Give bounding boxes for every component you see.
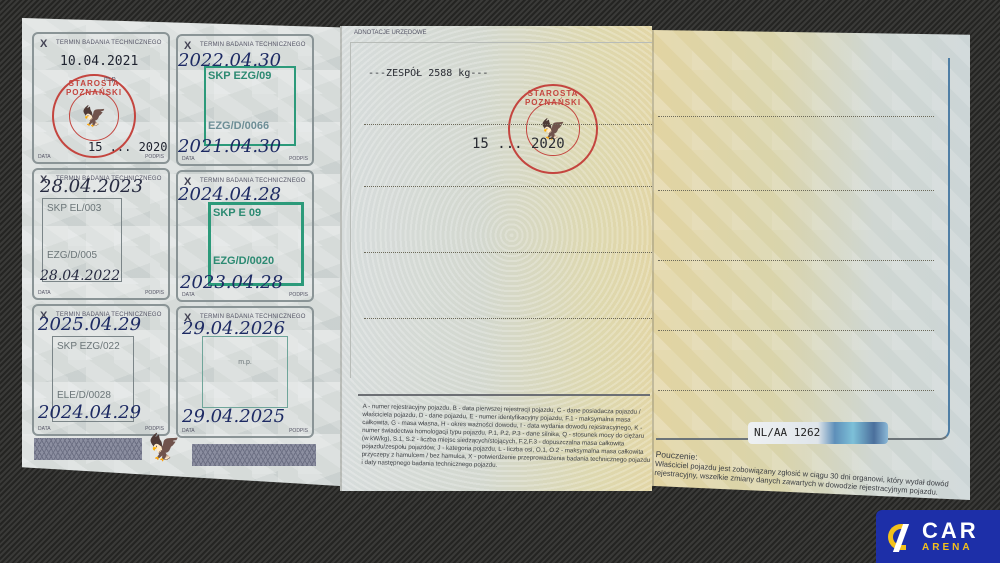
date-label: DATA [182,428,195,434]
inspection-box-1: X TERMIN BADANIA TECHNICZNEGO 10.04.2021… [32,32,170,164]
brand-name-top: CAR [922,520,979,542]
dotted-line [364,318,654,319]
dotted-line [658,390,934,391]
car-arena-logo-icon [888,522,914,552]
x-mark: X [40,38,47,50]
starosta-seal: STAROSTA POZNAŃSKI 🦅 [508,84,598,174]
eagle-icon: 🦅 [69,91,119,141]
issued-handwritten: 2023.04.28 [180,272,283,293]
fold-line [340,26,342,491]
car-arena-watermark: CAR ARENA [876,510,1000,563]
left-page-inspections: X TERMIN BADANIA TECHNICZNEGO 10.04.2021… [22,18,340,486]
dotted-line [658,116,934,117]
polish-eagle-icon: 🦅 [148,432,180,463]
hologram-serial-sticker: NL/AA 1262 [748,422,888,444]
dotted-line [658,330,934,331]
date-label: DATA [182,292,195,298]
registration-document: X TERMIN BADANIA TECHNICZNEGO 10.04.2021… [22,18,972,488]
date-label: DATA [38,290,51,296]
inspection-box-2: X TERMIN BADANIA TECHNICZNEGO SKP EZG/09… [176,34,314,166]
issued-handwritten: 2024.04.29 [38,402,141,423]
next-due-handwritten: 2025.04.29 [38,314,141,335]
inspection-label: TERMIN BADANIA TECHNICZNEGO [200,42,306,48]
date-label: DATA [182,156,195,162]
notice: Pouczenie: Właściciel pojazdu jest zobow… [654,450,955,498]
dotted-line [658,190,934,191]
signature-label: PODPIS [289,292,308,298]
legend-divider [358,394,650,396]
next-due-handwritten: 2022.04.30 [178,50,281,71]
dotted-line [658,260,934,261]
issued-handwritten: 2021.04.30 [178,136,281,157]
next-due-handwritten: 29.04.2026 [182,318,285,339]
annotations-header: ADNOTACJE URZĘDOWE [354,30,427,36]
brand-name-bottom: ARENA [922,542,979,553]
inspection-box-6: X TERMIN BADANIA TECHNICZNEGO m.p. 29.04… [176,306,314,438]
inspection-box-4: X TERMIN BADANIA TECHNICZNEGO SKP E 09 E… [176,170,314,302]
issued-date: 15 ... 2020 [88,140,167,154]
dotted-line [364,252,654,253]
stamp-date: 15 ... 2020 [472,136,565,152]
next-due-date: 10.04.2021 [60,54,138,69]
station-stamp: m.p. [202,336,288,408]
combination-mass-annotation: ---ZESPÓŁ 2588 kg--- [368,68,488,79]
guilloche-band-left [34,438,142,460]
inspection-label: TERMIN BADANIA TECHNICZNEGO [56,40,162,46]
inspection-box-3: X TERMIN BADANIA TECHNICZNEGO SKP EL/003… [32,168,170,300]
signature-label: PODPIS [289,428,308,434]
right-page: NL/AA 1262 Pouczenie: Właściciel pojazdu… [652,30,970,500]
guilloche-band-right [192,444,316,466]
middle-page-annotations: ADNOTACJE URZĘDOWE ---ZESPÓŁ 2588 kg--- … [340,26,652,491]
issued-handwritten: 29.04.2025 [182,406,285,427]
date-label: DATA [38,426,51,432]
issued-handwritten: 28.04.2022 [40,268,120,284]
next-due-handwritten: 28.04.2023 [40,176,143,197]
field-legend: A - numer rejestracyjny pojazdu, B - dat… [361,403,652,473]
dotted-line [364,124,654,125]
fold-line [652,30,654,500]
next-due-handwritten: 2024.04.28 [178,184,281,205]
dotted-line [364,186,654,187]
signature-label: PODPIS [145,154,164,160]
station-stamp: SKP EZG/09 EZG/D/0066 [204,66,296,146]
mp-note: m.p. [104,76,118,83]
signature-label: PODPIS [289,156,308,162]
signature-label: PODPIS [145,290,164,296]
date-label: DATA [38,154,51,160]
inspection-box-5: X TERMIN BADANIA TECHNICZNEGO SKP EZG/02… [32,304,170,436]
